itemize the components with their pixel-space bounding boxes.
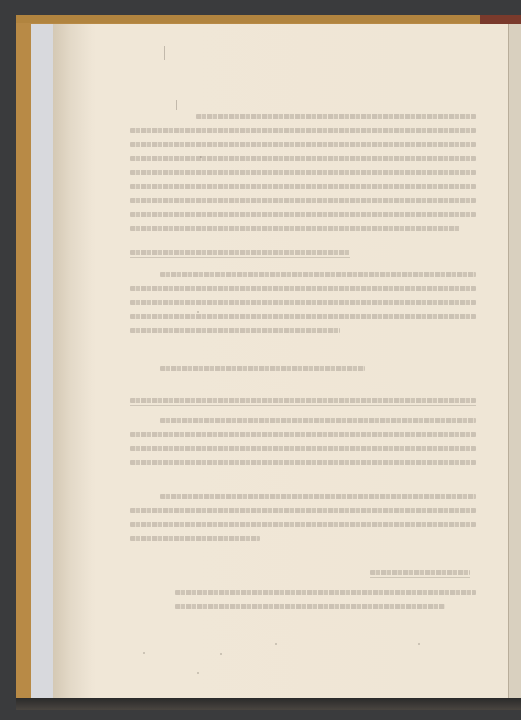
faded-ink xyxy=(130,286,476,291)
text-line xyxy=(130,298,476,307)
text-line xyxy=(130,444,476,453)
scan-mark xyxy=(176,100,177,110)
text-line xyxy=(130,126,476,135)
faded-ink xyxy=(130,508,476,513)
text-line xyxy=(160,270,476,279)
text-line xyxy=(130,210,476,219)
scan-speck xyxy=(197,672,199,674)
section-heading-line xyxy=(370,568,470,578)
faded-ink xyxy=(130,536,260,541)
text-line xyxy=(130,458,476,467)
section-heading-line xyxy=(130,396,476,406)
text-line xyxy=(130,506,476,515)
text-line xyxy=(130,224,460,233)
faded-ink xyxy=(160,494,476,499)
faded-ink xyxy=(130,142,476,147)
text-line xyxy=(160,364,365,373)
faded-ink xyxy=(130,128,476,133)
scan-speck xyxy=(220,653,222,655)
scan-speck xyxy=(200,156,202,158)
text-line xyxy=(130,520,476,529)
faded-ink xyxy=(130,226,460,231)
faded-ink xyxy=(130,212,476,217)
text-line xyxy=(175,602,445,611)
faded-ink xyxy=(130,314,476,319)
text-line xyxy=(130,196,476,205)
section-heading-line xyxy=(130,248,350,258)
text-line xyxy=(130,168,476,177)
text-line xyxy=(130,326,340,335)
text-line xyxy=(130,312,476,321)
faded-ink xyxy=(130,156,476,161)
faded-ink xyxy=(130,446,476,451)
faded-ink xyxy=(175,604,445,609)
text-line xyxy=(130,154,476,163)
text-line xyxy=(130,140,476,149)
faded-ink xyxy=(130,184,476,189)
faded-ink xyxy=(130,328,340,333)
faded-ink xyxy=(130,432,476,437)
cover-red-edge xyxy=(480,15,521,24)
faded-ink xyxy=(130,198,476,203)
faded-ink xyxy=(370,570,470,575)
text-line xyxy=(175,588,476,597)
faded-ink xyxy=(160,272,476,277)
scan-speck xyxy=(143,652,145,654)
faded-ink xyxy=(130,398,476,403)
faded-ink xyxy=(196,114,476,119)
scan-mark xyxy=(164,46,165,60)
text-line xyxy=(130,284,476,293)
scan-speck xyxy=(197,311,199,313)
scan-speck xyxy=(275,643,277,645)
faded-ink xyxy=(130,170,476,175)
text-line xyxy=(130,182,476,191)
faded-ink xyxy=(130,460,476,465)
next-page-edge xyxy=(508,24,521,698)
endpaper xyxy=(31,24,53,698)
faded-ink xyxy=(160,366,365,371)
cover-top-edge xyxy=(16,15,521,23)
scan-speck xyxy=(418,643,420,645)
text-line xyxy=(130,430,476,439)
faded-ink xyxy=(130,250,350,255)
gutter-shadow xyxy=(53,24,93,698)
faded-ink xyxy=(130,522,476,527)
faded-ink xyxy=(175,590,476,595)
faded-ink xyxy=(160,418,476,423)
text-line xyxy=(160,416,476,425)
bottom-shadow xyxy=(16,698,521,710)
text-line xyxy=(160,492,476,501)
text-line xyxy=(196,112,476,121)
text-line xyxy=(130,534,260,543)
faded-ink xyxy=(130,300,476,305)
